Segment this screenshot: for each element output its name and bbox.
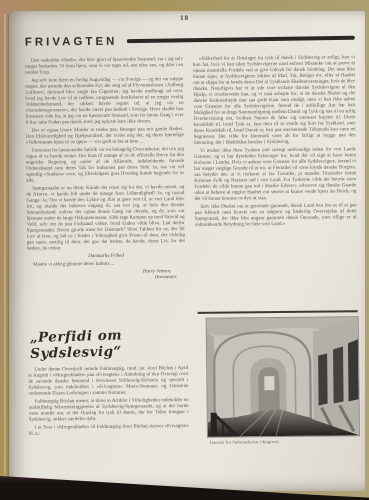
right-column: »Sikkerhed for at Omslaget fra tysk til …: [193, 55, 357, 231]
scanned-page: 18 FRIVAGTEN Den saakaldte »Stads«, der …: [9, 11, 365, 491]
quote-paragraph: Selv ikke Ønsket om at genvinde gammelt,…: [195, 203, 357, 229]
motto-line: Danmarks Frihed: [27, 253, 185, 261]
article-title: „Perfidi om Sydslesvig“: [30, 326, 189, 362]
photo-divider-rule: [198, 310, 358, 314]
masthead-rule: [126, 36, 354, 43]
quote-paragraph: Vi ønsker ikke flere Tyskere end strengt…: [194, 147, 357, 203]
page-number: 18: [7, 12, 363, 24]
paragraph: Den saakaldte »Stads«, der blev gjort af…: [25, 57, 183, 77]
masthead-title: FRIVAGTEN: [25, 36, 118, 49]
page-stack-edge: [4, 14, 9, 488]
paragraph: Der er ogsaa lysere Minder at tænke paa.…: [26, 127, 184, 147]
corridor-photo: [207, 317, 359, 437]
corridor-illustration: [207, 317, 359, 437]
masthead: FRIVAGTEN: [25, 33, 355, 48]
closing-line: Maatte vi aldrig glemme deres Indsats ..…: [27, 261, 185, 269]
article-paragraph: I et Svar i »Morgenbladet« til Fuldmægti…: [29, 424, 189, 438]
signature-title: Hovmester.: [27, 275, 177, 283]
paragraph: Spørgsmaalet er nu dette: Kunde det svar…: [26, 185, 185, 253]
left-column: Den saakaldte »Stads«, der blev gjort af…: [25, 57, 185, 283]
photo-caption: Interiør fra Søfartsskolen i Kogtved.: [210, 438, 360, 445]
sydslesvig-article: „Perfidi om Sydslesvig“ Under denne Over…: [28, 327, 189, 440]
page-content: 18 FRIVAGTEN Den saakaldte »Stads«, der …: [6, 9, 367, 493]
paragraph: Jeg selv kom hjem en herlig Augustdag — …: [25, 77, 183, 127]
quote-paragraph: »Sikkerhed for at Omslaget fra tysk til …: [193, 55, 356, 147]
article-paragraph: Under denne Overskrift rettede Fuldmægti…: [28, 366, 188, 398]
article-paragraph: Fuldmægtig Büchøj mener, at disse to Art…: [29, 398, 189, 424]
paragraph: Fornemst for hjemvendte Søfolk var en be…: [26, 147, 184, 185]
